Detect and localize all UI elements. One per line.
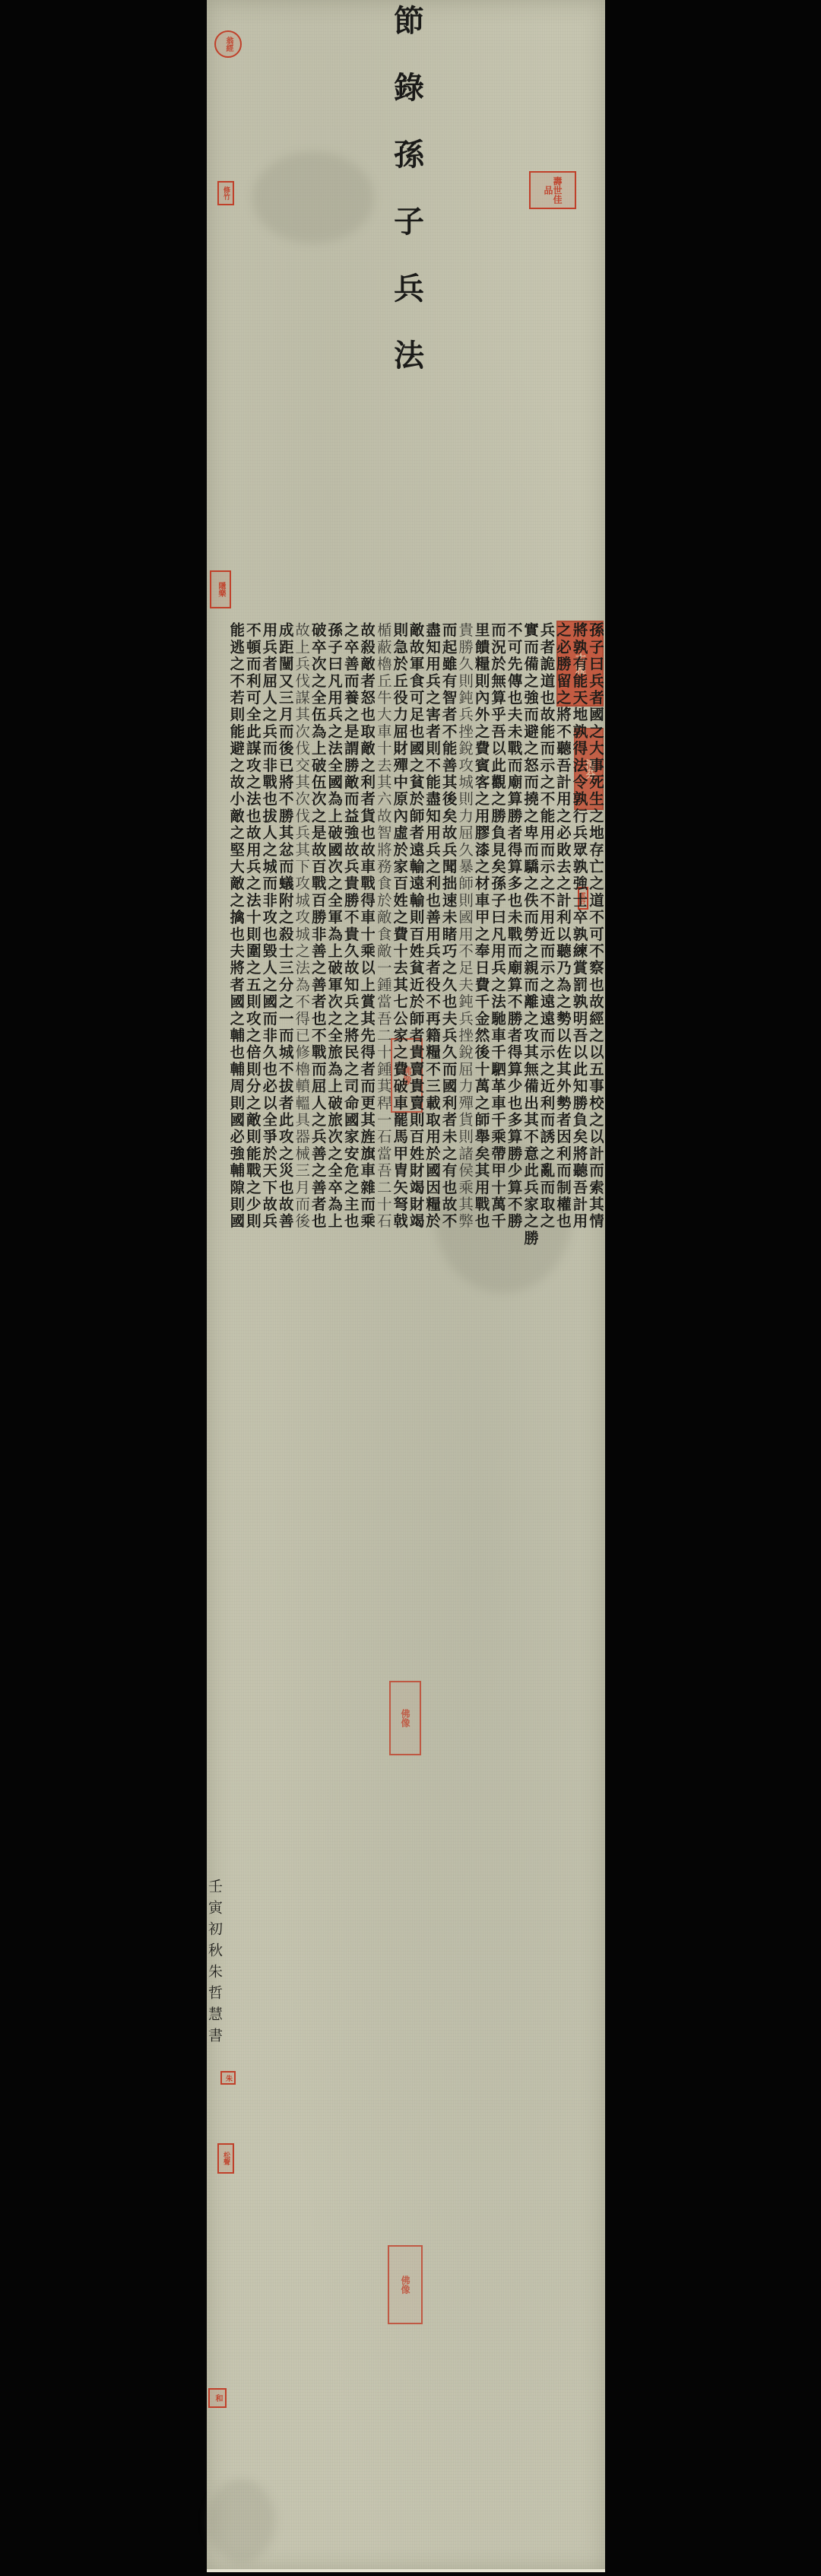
- text-column: 能逃之不若則能避之故小敵之堅大敵之擒也夫將者國之輔也輔周則國必強輔隙則國: [228, 622, 244, 2566]
- text-column: 貴勝久則鈍兵挫銳攻城則力屈久暴師則國用不足夫鈍兵挫銳屈力殫貨則諸侯乘其弊: [457, 622, 473, 2566]
- text-column: 盡知用兵之害者則不能盡知用兵之利也善用兵者役不再籍糧不三載取用於國因糧於: [424, 622, 440, 2566]
- text-column: 里饋糧則內外之費賓客之用膠漆之材車甲之奉日費千金然後十萬之師舉矣其用戰也: [473, 622, 489, 2566]
- calligraphy-scroll: 節 錄 孫 子 兵 法 翁經 壽世佳品 修竹 隱樂 古雅 清芬 雲谷 佛像 佛像…: [207, 0, 605, 2572]
- seal-bottom-left: 和: [208, 2388, 227, 2408]
- text-column: 之卒善而養之是謂勝敵而益強故兵貴勝不貴久故知兵之將民之司命國家安危之主也: [342, 622, 358, 2566]
- scroll-bottom-edge: [207, 2569, 605, 2572]
- artist-signature: 壬寅初秋朱哲慧書: [208, 1879, 225, 2049]
- text-column: 兵者詭道也故能而示之不能用而示之不用近而示之遠遠而示之近利而誘之亂而取之: [538, 622, 554, 2566]
- title-char: 錄: [394, 73, 424, 140]
- text-column: 將孰有能天地孰得法令孰行兵眾孰強士卒孰練賞罰孰明吾以此知勝負矣將聽吾計用: [571, 622, 587, 2566]
- text-column: 故殺敵者怒也取敵之利者貨也故車戰得車十乘以上賞其先得者而更其旌旗車雜而乘: [359, 622, 375, 2566]
- title-char: 兵: [394, 274, 424, 341]
- text-column: 則急於丘役力屈財殫中原內虛於家百姓之費十去其七公家之費破車罷馬甲胄矢弩戟: [391, 622, 407, 2566]
- seal-title-right: 壽世佳品: [529, 171, 576, 209]
- title-char: 子: [394, 207, 424, 274]
- seal-left-margin-2: 隱樂: [210, 570, 231, 608]
- title-char: 法: [394, 341, 424, 408]
- text-column: 而況於無算乎吾以此觀之勝負見矣孫子曰凡用兵之法馳車千駟革車千乘帶甲十萬千: [490, 622, 506, 2566]
- text-column: 故上兵伐謀其次伐交其次伐兵其下攻城攻城之法為不得已修櫓轒轀具器械三月而後: [293, 622, 309, 2566]
- title-char: 節: [394, 6, 424, 73]
- text-column: 破卒次之全伍為上破伍次之是故百戰百勝非善之善者也不戰而屈人之兵善之善者也: [309, 622, 325, 2566]
- scroll-title: 節 錄 孫 子 兵 法: [386, 6, 432, 408]
- text-column: 而起雖有智者不能善其後矣故兵聞拙速未睹巧之久也夫兵久而國利者未之有也故不: [440, 622, 456, 2566]
- text-column: 孫子曰凡用兵之法全國為上破國次之全軍為上破軍次之全旅為上破旅次之全卒為上: [326, 622, 342, 2566]
- text-column: 實而備之強而避之怒而撓之卑而驕之佚而勞之親而離之攻其無備出其不意此兵家之勝: [522, 622, 538, 2566]
- seal-top-left-round: 翁經: [214, 30, 242, 58]
- text-column: 不頓而利可全此謀攻之法也故用兵之法十則圍之五則攻之倍則分之敵則能戰之少則: [244, 622, 260, 2566]
- text-column: 楯蔽櫓丘牛大車十去其六故智將務食於敵食敵一鍾當吾二十鍾萁稈一石當吾二十石: [375, 622, 391, 2566]
- text-column: 之必勝留之將不聽吾計用之必敗去之計利以聽乃為之勢以佐其外勢者因利而制權也: [555, 622, 571, 2566]
- seal-left-margin-1: 修竹: [217, 181, 234, 205]
- text-column: 用兵者屈人之兵而非戰也拔人之城而非攻也毀人之國而非久也必以全爭於天下故兵: [261, 622, 277, 2566]
- scroll-body-text: 孫子曰兵者國之大事死生之地存亡之道不可不察也故經之以五事校之以計而索其情 將孰有…: [228, 622, 604, 2566]
- title-char: 孫: [394, 140, 424, 207]
- text-column: 成距闉又三月而後已將不勝其忿而蟻附之殺士三分之一而城不拔者此攻之災也故善: [277, 622, 293, 2566]
- text-column: 孫子曰兵者國之大事死生之地存亡之道不可不察也故經之以五事校之以計而索其情: [588, 622, 604, 2566]
- text-column: 不可先傳也夫未戰而廟算勝者得算多也未戰而廟算不勝者得算少也多算勝少算不勝: [506, 622, 521, 2566]
- paper-stain: [252, 152, 374, 243]
- text-column: 敵故軍食可足也國之貧於師者遠輸遠輸則百姓貧近於師者貴賣貴賣則百姓財竭財竭: [407, 622, 423, 2566]
